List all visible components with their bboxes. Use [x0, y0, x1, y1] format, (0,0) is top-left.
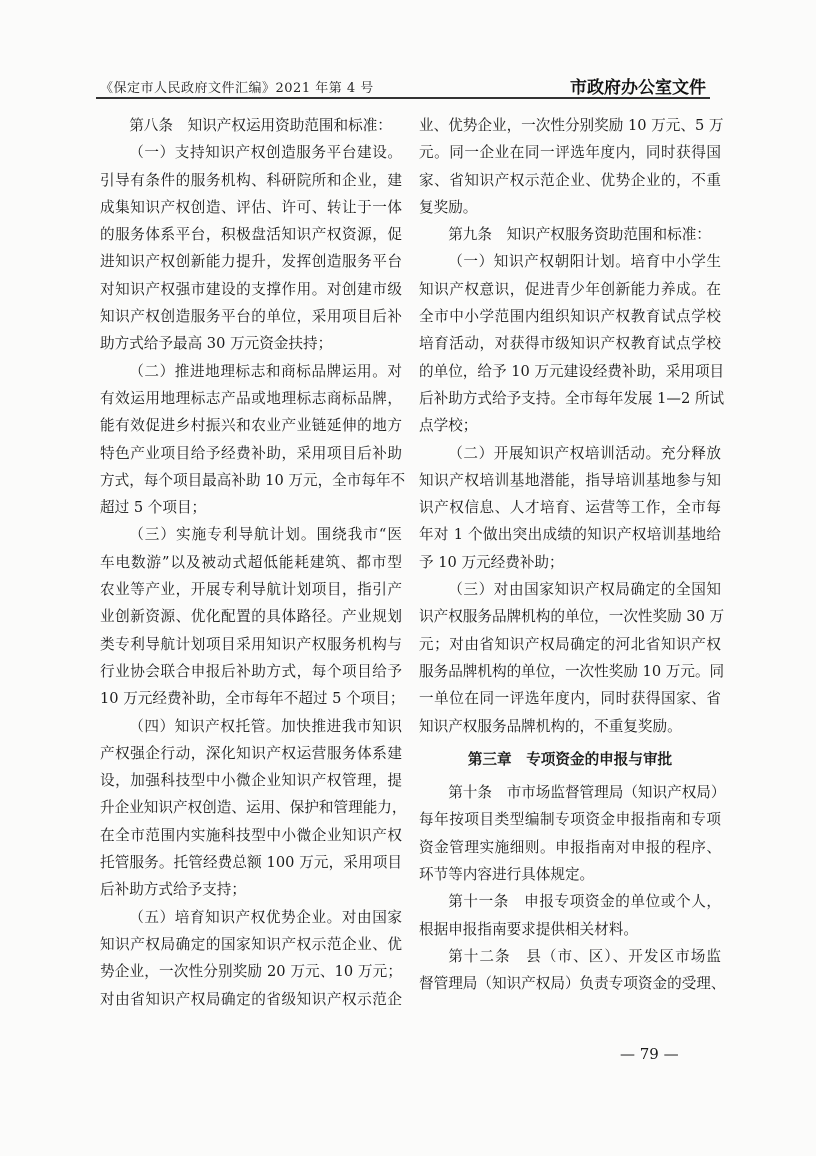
- text-line: 进知识产权创新能力提升，发挥创造服务平台: [100, 248, 402, 275]
- text-line: 超过 5 个项目；: [100, 494, 402, 521]
- text-line: 一单位在同一评选年度内，同时获得国家、省: [419, 685, 721, 712]
- text-line: 元；对由省知识产权局确定的河北省知识产权: [419, 631, 721, 658]
- text-line: 督管理局（知识产权局）负责专项资金的受理、: [419, 970, 721, 997]
- text-line: 农业等产业，开展专利导航计划项目，指引产: [100, 576, 402, 603]
- text-line: 全市中小学范围内组织知识产权教育试点学校: [419, 303, 721, 330]
- text-line: 第十二条 县（市、区）、开发区市场监: [419, 943, 721, 970]
- left-column: 第八条 知识产权运用资助范围和标准：（一）支持知识产权创造服务平台建设。引导有条…: [100, 112, 402, 1013]
- text-line: 第十条 市市场监督管理局（知识产权局）: [419, 779, 721, 806]
- text-line: 服务品牌机构的单位，一次性奖励 10 万元。同: [419, 658, 721, 685]
- text-line: 的单位，给予 10 万元建设经费补助，采用项目: [419, 358, 721, 385]
- text-line: 第八条 知识产权运用资助范围和标准：: [100, 112, 402, 139]
- text-line: 方式，每个项目最高补助 10 万元，全市每年不: [100, 467, 402, 494]
- chapter-heading: 第三章 专项资金的申报与审批: [419, 746, 721, 773]
- text-line: 助方式给予最高 30 万元资金扶持；: [100, 330, 402, 357]
- text-line: 行业协会联合申报后补助方式，每个项目给予: [100, 658, 402, 685]
- text-line: 业创新资源、优化配置的具体路径。产业规划: [100, 603, 402, 630]
- running-header-publication: 《保定市人民政府文件汇编》2021 年第 4 号: [100, 77, 374, 96]
- text-line: 知识产权服务品牌机构的，不重复奖励。: [419, 713, 721, 740]
- text-line: 培育活动，对获得市级知识产权教育试点学校: [419, 330, 721, 357]
- text-line: 识产权信息、人才培育、运营等工作，全市每: [419, 494, 721, 521]
- text-line: 引导有条件的服务机构、科研院所和企业，建: [100, 167, 402, 194]
- text-line: 10 万元经费补助，全市每年不超过 5 个项目；: [100, 685, 402, 712]
- text-line: 在全市范围内实施科技型中小微企业知识产权: [100, 822, 402, 849]
- text-line: 第十一条 申报专项资金的单位或个人，: [419, 888, 721, 915]
- text-line: （一）知识产权朝阳计划。培育中小学生: [419, 248, 721, 275]
- right-column: 业、优势企业，一次性分别奖励 10 万元、5 万元。同一企业在同一评选年度内，同…: [419, 112, 721, 998]
- text-line: 后补助方式给予支持。全市每年发展 1—2 所试: [419, 385, 721, 412]
- text-line: 设，加强科技型中小微企业知识产权管理，提: [100, 767, 402, 794]
- text-line: 复奖励。: [419, 194, 721, 221]
- page-number: — 79 —: [620, 1045, 679, 1063]
- text-line: 每年按项目类型编制专项资金申报指南和专项: [419, 806, 721, 833]
- text-line: 识产权服务品牌机构的单位，一次性奖励 30 万: [419, 603, 721, 630]
- text-line: 车电数游”以及被动式超低能耗建筑、都市型: [100, 549, 402, 576]
- text-line: 能有效促进乡村振兴和农业产业链延伸的地方: [100, 412, 402, 439]
- text-line: （五）培育知识产权优势企业。对由国家: [100, 904, 402, 931]
- text-line: 知识产权局确定的国家知识产权示范企业、优: [100, 931, 402, 958]
- running-header-section: 市政府办公室文件: [570, 73, 706, 98]
- text-line: 知识产权培训基地潜能，指导培训基地参与知: [419, 467, 721, 494]
- text-line: 第九条 知识产权服务资助范围和标准：: [419, 221, 721, 248]
- header-rule: [96, 97, 710, 99]
- text-line: 知识产权创造服务平台的单位，采用项目后补: [100, 303, 402, 330]
- text-line: 元。同一企业在同一评选年度内，同时获得国: [419, 139, 721, 166]
- text-line: 托管服务。托管经费总额 100 万元，采用项目: [100, 849, 402, 876]
- text-line: 势企业，一次性分别奖励 20 万元、10 万元；: [100, 958, 402, 985]
- text-line: （一）支持知识产权创造服务平台建设。: [100, 139, 402, 166]
- text-line: （三）实施专利导航计划。围绕我市“医: [100, 521, 402, 548]
- text-line: （四）知识产权托管。加快推进我市知识: [100, 713, 402, 740]
- text-line: 家、省知识产权示范企业、优势企业的，不重: [419, 167, 721, 194]
- text-line: 环节等内容进行具体规定。: [419, 861, 721, 888]
- text-line: 根据申报指南要求提供相关材料。: [419, 916, 721, 943]
- text-line: 业、优势企业，一次性分别奖励 10 万元、5 万: [419, 112, 721, 139]
- text-line: 特色产业项目给予经费补助，采用项目后补助: [100, 440, 402, 467]
- text-line: 年对 1 个做出突出成绩的知识产权培训基地给: [419, 521, 721, 548]
- text-line: 对知识产权强市建设的支撑作用。对创建市级: [100, 276, 402, 303]
- text-line: （三）对由国家知识产权局确定的全国知: [419, 576, 721, 603]
- text-line: 类专利导航计划项目采用知识产权服务机构与: [100, 631, 402, 658]
- text-line: 产权强企行动，深化知识产权运营服务体系建: [100, 740, 402, 767]
- text-line: （二）开展知识产权培训活动。充分释放: [419, 440, 721, 467]
- text-line: 后补助方式给予支持；: [100, 876, 402, 903]
- text-line: 知识产权意识，促进青少年创新能力养成。在: [419, 276, 721, 303]
- text-line: （二）推进地理标志和商标品牌运用。对: [100, 358, 402, 385]
- text-line: 升企业知识产权创造、运用、保护和管理能力，: [100, 794, 402, 821]
- text-line: 的服务体系平台，积极盘活知识产权资源，促: [100, 221, 402, 248]
- text-line: 对由省知识产权局确定的省级知识产权示范企: [100, 986, 402, 1013]
- text-line: 资金管理实施细则。申报指南对申报的程序、: [419, 834, 721, 861]
- text-line: 有效运用地理标志产品或地理标志商标品牌，: [100, 385, 402, 412]
- text-line: 点学校；: [419, 412, 721, 439]
- text-line: 成集知识产权创造、评估、许可、转让于一体: [100, 194, 402, 221]
- text-line: 予 10 万元经费补助；: [419, 549, 721, 576]
